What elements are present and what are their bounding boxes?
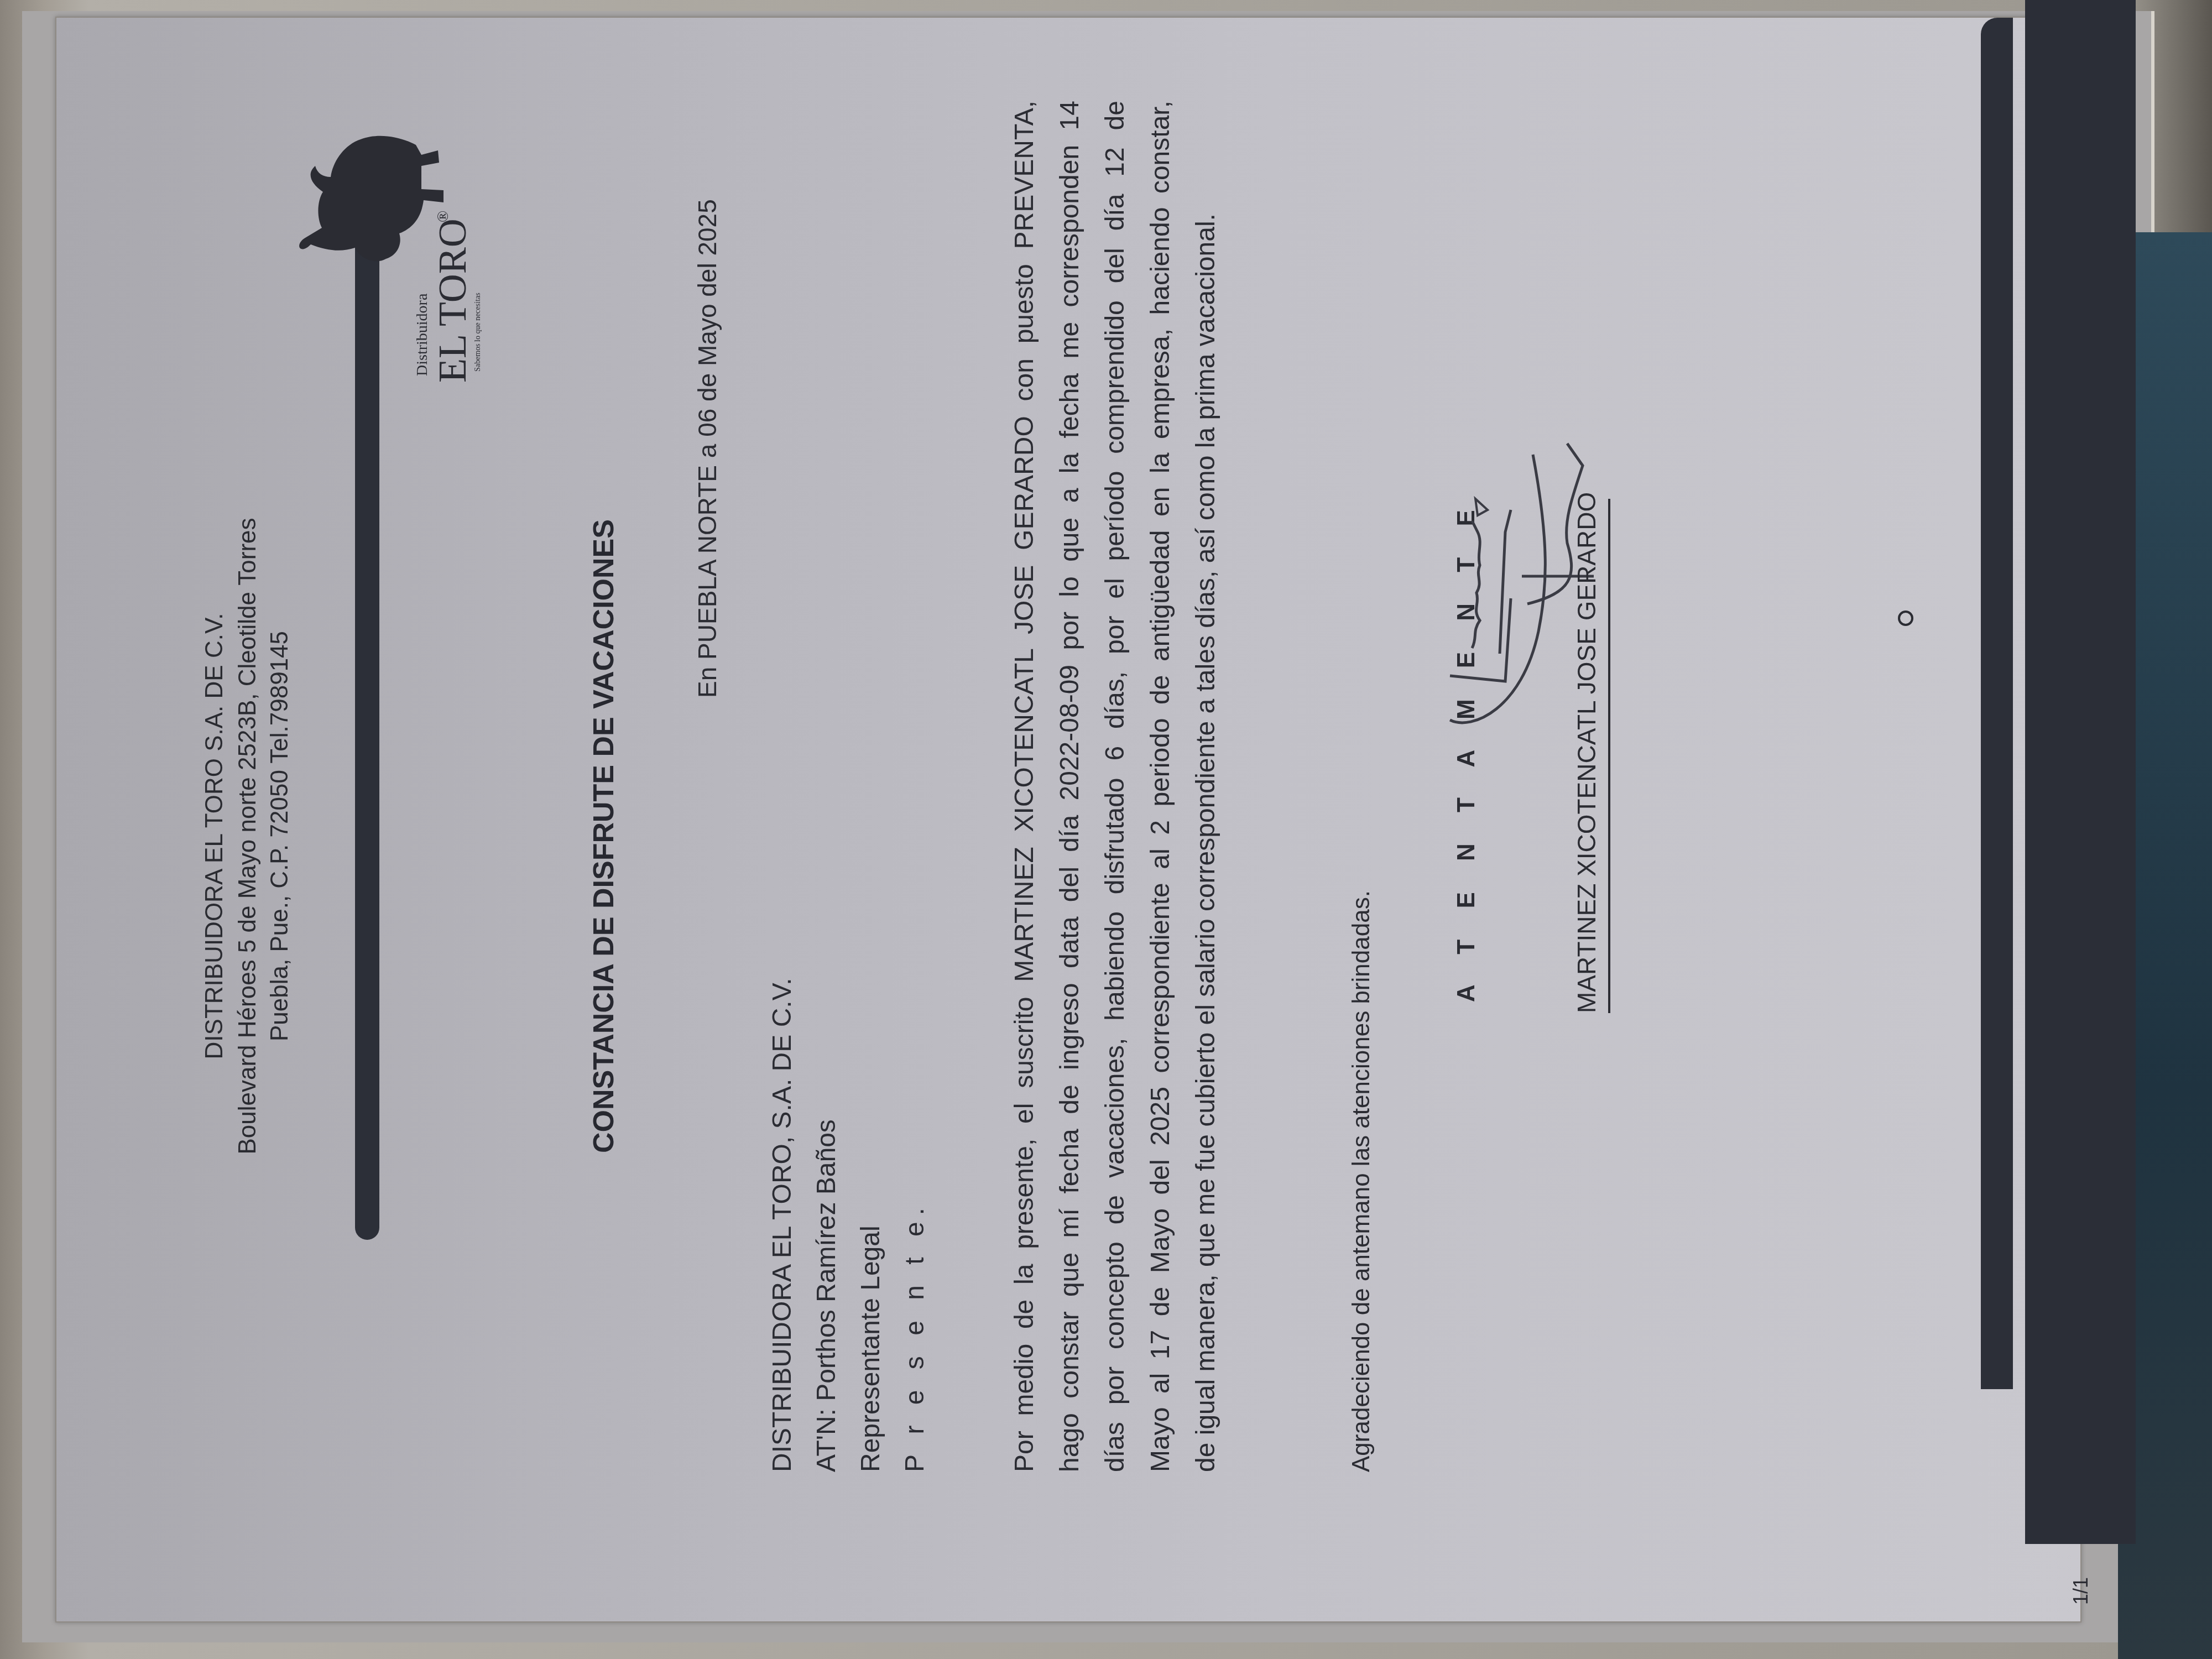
body-line: de igual manera, que me fue cubierto el … (1183, 101, 1229, 1472)
addressee-role: Representante Legal (855, 1225, 886, 1472)
svg-text:Sabemos lo que necesitas: Sabemos lo que necesitas (474, 293, 482, 372)
redaction-bar (1981, 18, 2013, 1389)
document-page: DISTRIBUIDORA EL TORO S.A. DE C.V. Boule… (112, 34, 2136, 1638)
company-name: DISTRIBUIDORA EL TORO S.A. DE C.V. (200, 34, 229, 1638)
svg-text:EL TORO: EL TORO (430, 218, 474, 383)
closing-line: Agradeciendo de antemano las atenciones … (1348, 890, 1375, 1472)
signer-name: MARTINEZ XICOTENCATL JOSE GERARDO (1572, 492, 1601, 1013)
body-line: Mayo al 17 de Mayo del 2025 correspondie… (1138, 101, 1183, 1472)
place-and-date: En PUEBLA NORTE a 06 de Mayo del 2025 (692, 199, 722, 698)
body-line: días por concepto de vacaciones, habiend… (1093, 101, 1138, 1472)
redaction-bar (2025, 0, 2136, 1544)
page-number: 1/1 (2069, 1577, 2093, 1605)
body-line: Por medio de la presente, el suscrito MA… (1002, 101, 1047, 1472)
company-address: Boulevard Héroes 5 de Mayo norte 2523B, … (233, 34, 262, 1638)
document-title: CONSTANCIA DE DISFRUTE DE VACACIONES (587, 34, 620, 1638)
stray-mark (1898, 611, 1913, 626)
header-band-dash (355, 477, 379, 521)
document-sheet: DISTRIBUIDORA EL TORO S.A. DE C.V. Boule… (55, 17, 2081, 1623)
addressee-company: DISTRIBUIDORA EL TORO, S.A. DE C.V. (767, 978, 797, 1472)
el-toro-bull-logo-icon: Distribuidora EL TORO ® Sabemos lo que n… (289, 117, 488, 383)
addressee-greeting: P r e s e n t e. (900, 1201, 930, 1472)
body-paragraph: Por medio de la presente, el suscrito MA… (1002, 101, 1229, 1472)
addressee-attention: AT'N: Porthos Ramírez Baños (811, 1119, 842, 1472)
header-band-dash (355, 421, 379, 466)
signature-underline (1608, 499, 1610, 1013)
svg-text:®: ® (435, 211, 452, 222)
body-line: hago constar que mí fecha de ingreso dat… (1047, 101, 1093, 1472)
svg-text:Distribuidora: Distribuidora (414, 293, 431, 376)
